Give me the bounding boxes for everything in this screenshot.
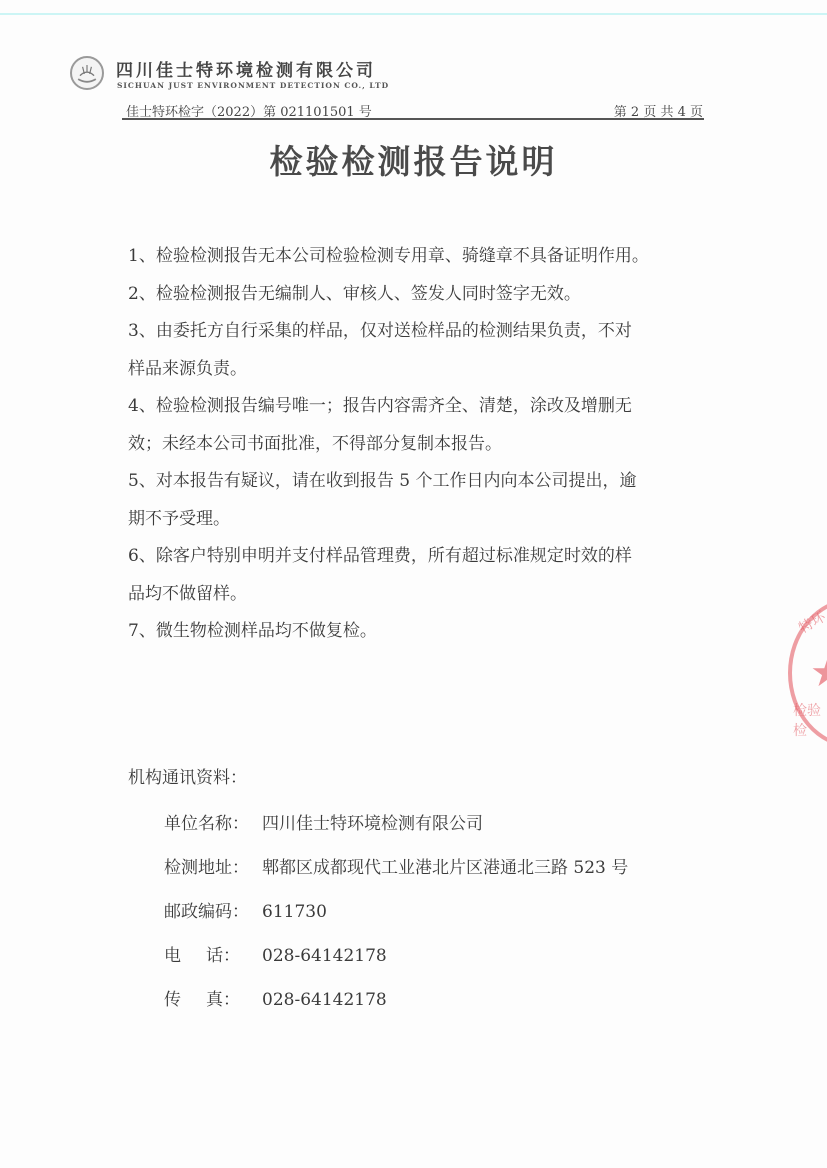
unit-name-value: 四川佳士特环境检测有限公司 <box>262 802 483 846</box>
note-line: 效；未经本公司书面批准，不得部分复制本报告。 <box>128 426 718 464</box>
company-name-en: SICHUAN JUST ENVIRONMENT DETECTION CO., … <box>117 81 389 90</box>
phone-label-part: 电 <box>164 934 181 978</box>
phone-value: 028-64142178 <box>262 934 387 978</box>
note-line: 品均不做留样。 <box>128 576 718 614</box>
fax-label-part: 传 <box>164 978 181 1022</box>
note-line: 1、检验检测报告无本公司检验检测专用章、骑缝章不具备证明作用。 <box>128 238 718 276</box>
contact-heading: 机构通讯资料： <box>128 760 247 798</box>
postcode-value: 611730 <box>262 890 327 934</box>
fax-label-part: 真： <box>206 978 240 1022</box>
fax-value: 028-64142178 <box>262 978 387 1022</box>
seal-star-icon: ★ <box>810 650 827 696</box>
company-logo-icon <box>70 56 104 90</box>
contact-row-address: 检测地址： 郫都区成都现代工业港北片区港通北三路 523 号 <box>164 846 628 890</box>
contact-row-fax: 传 真： 028-64142178 <box>164 978 628 1022</box>
address-value: 郫都区成都现代工业港北片区港通北三路 523 号 <box>262 846 628 890</box>
postcode-label: 邮政编码： <box>164 890 262 934</box>
fax-label: 传 真： <box>164 978 240 1022</box>
seal-text-bottom: 检验检 <box>793 700 827 740</box>
contact-row-phone: 电 话： 028-64142178 <box>164 934 628 978</box>
contact-row-unit-name: 单位名称： 四川佳士特环境检测有限公司 <box>164 802 628 846</box>
contact-row-postcode: 邮政编码： 611730 <box>164 890 628 934</box>
page-title: 检验检测报告说明 <box>0 136 827 183</box>
phone-label: 电 话： <box>164 934 240 978</box>
note-line: 样品来源负责。 <box>128 351 718 389</box>
header-divider <box>122 118 704 120</box>
note-line: 5、对本报告有疑议，请在收到报告 5 个工作日内向本公司提出，逾 <box>128 463 718 501</box>
address-label: 检测地址： <box>164 846 262 890</box>
note-line: 7、微生物检测样品均不做复检。 <box>128 613 718 651</box>
note-line: 4、检验检测报告编号唯一；报告内容需齐全、清楚，涂改及增删无 <box>128 388 718 426</box>
note-line: 3、由委托方自行采集的样品，仅对送检样品的检测结果负责，不对 <box>128 313 718 351</box>
scan-artifact-line <box>0 13 827 15</box>
note-line: 期不予受理。 <box>128 501 718 539</box>
note-line: 2、检验检测报告无编制人、审核人、签发人同时签字无效。 <box>128 276 718 314</box>
note-line: 6、除客户特别申明并支付样品管理费，所有超过标准规定时效的样 <box>128 538 718 576</box>
phone-label-part: 话： <box>206 934 240 978</box>
contact-info: 单位名称： 四川佳士特环境检测有限公司 检测地址： 郫都区成都现代工业港北片区港… <box>164 802 628 1022</box>
company-name-cn: 四川佳士特环境检测有限公司 <box>116 56 376 81</box>
notes-list: 1、检验检测报告无本公司检验检测专用章、骑缝章不具备证明作用。 2、检验检测报告… <box>128 238 718 651</box>
unit-name-label: 单位名称： <box>164 802 262 846</box>
